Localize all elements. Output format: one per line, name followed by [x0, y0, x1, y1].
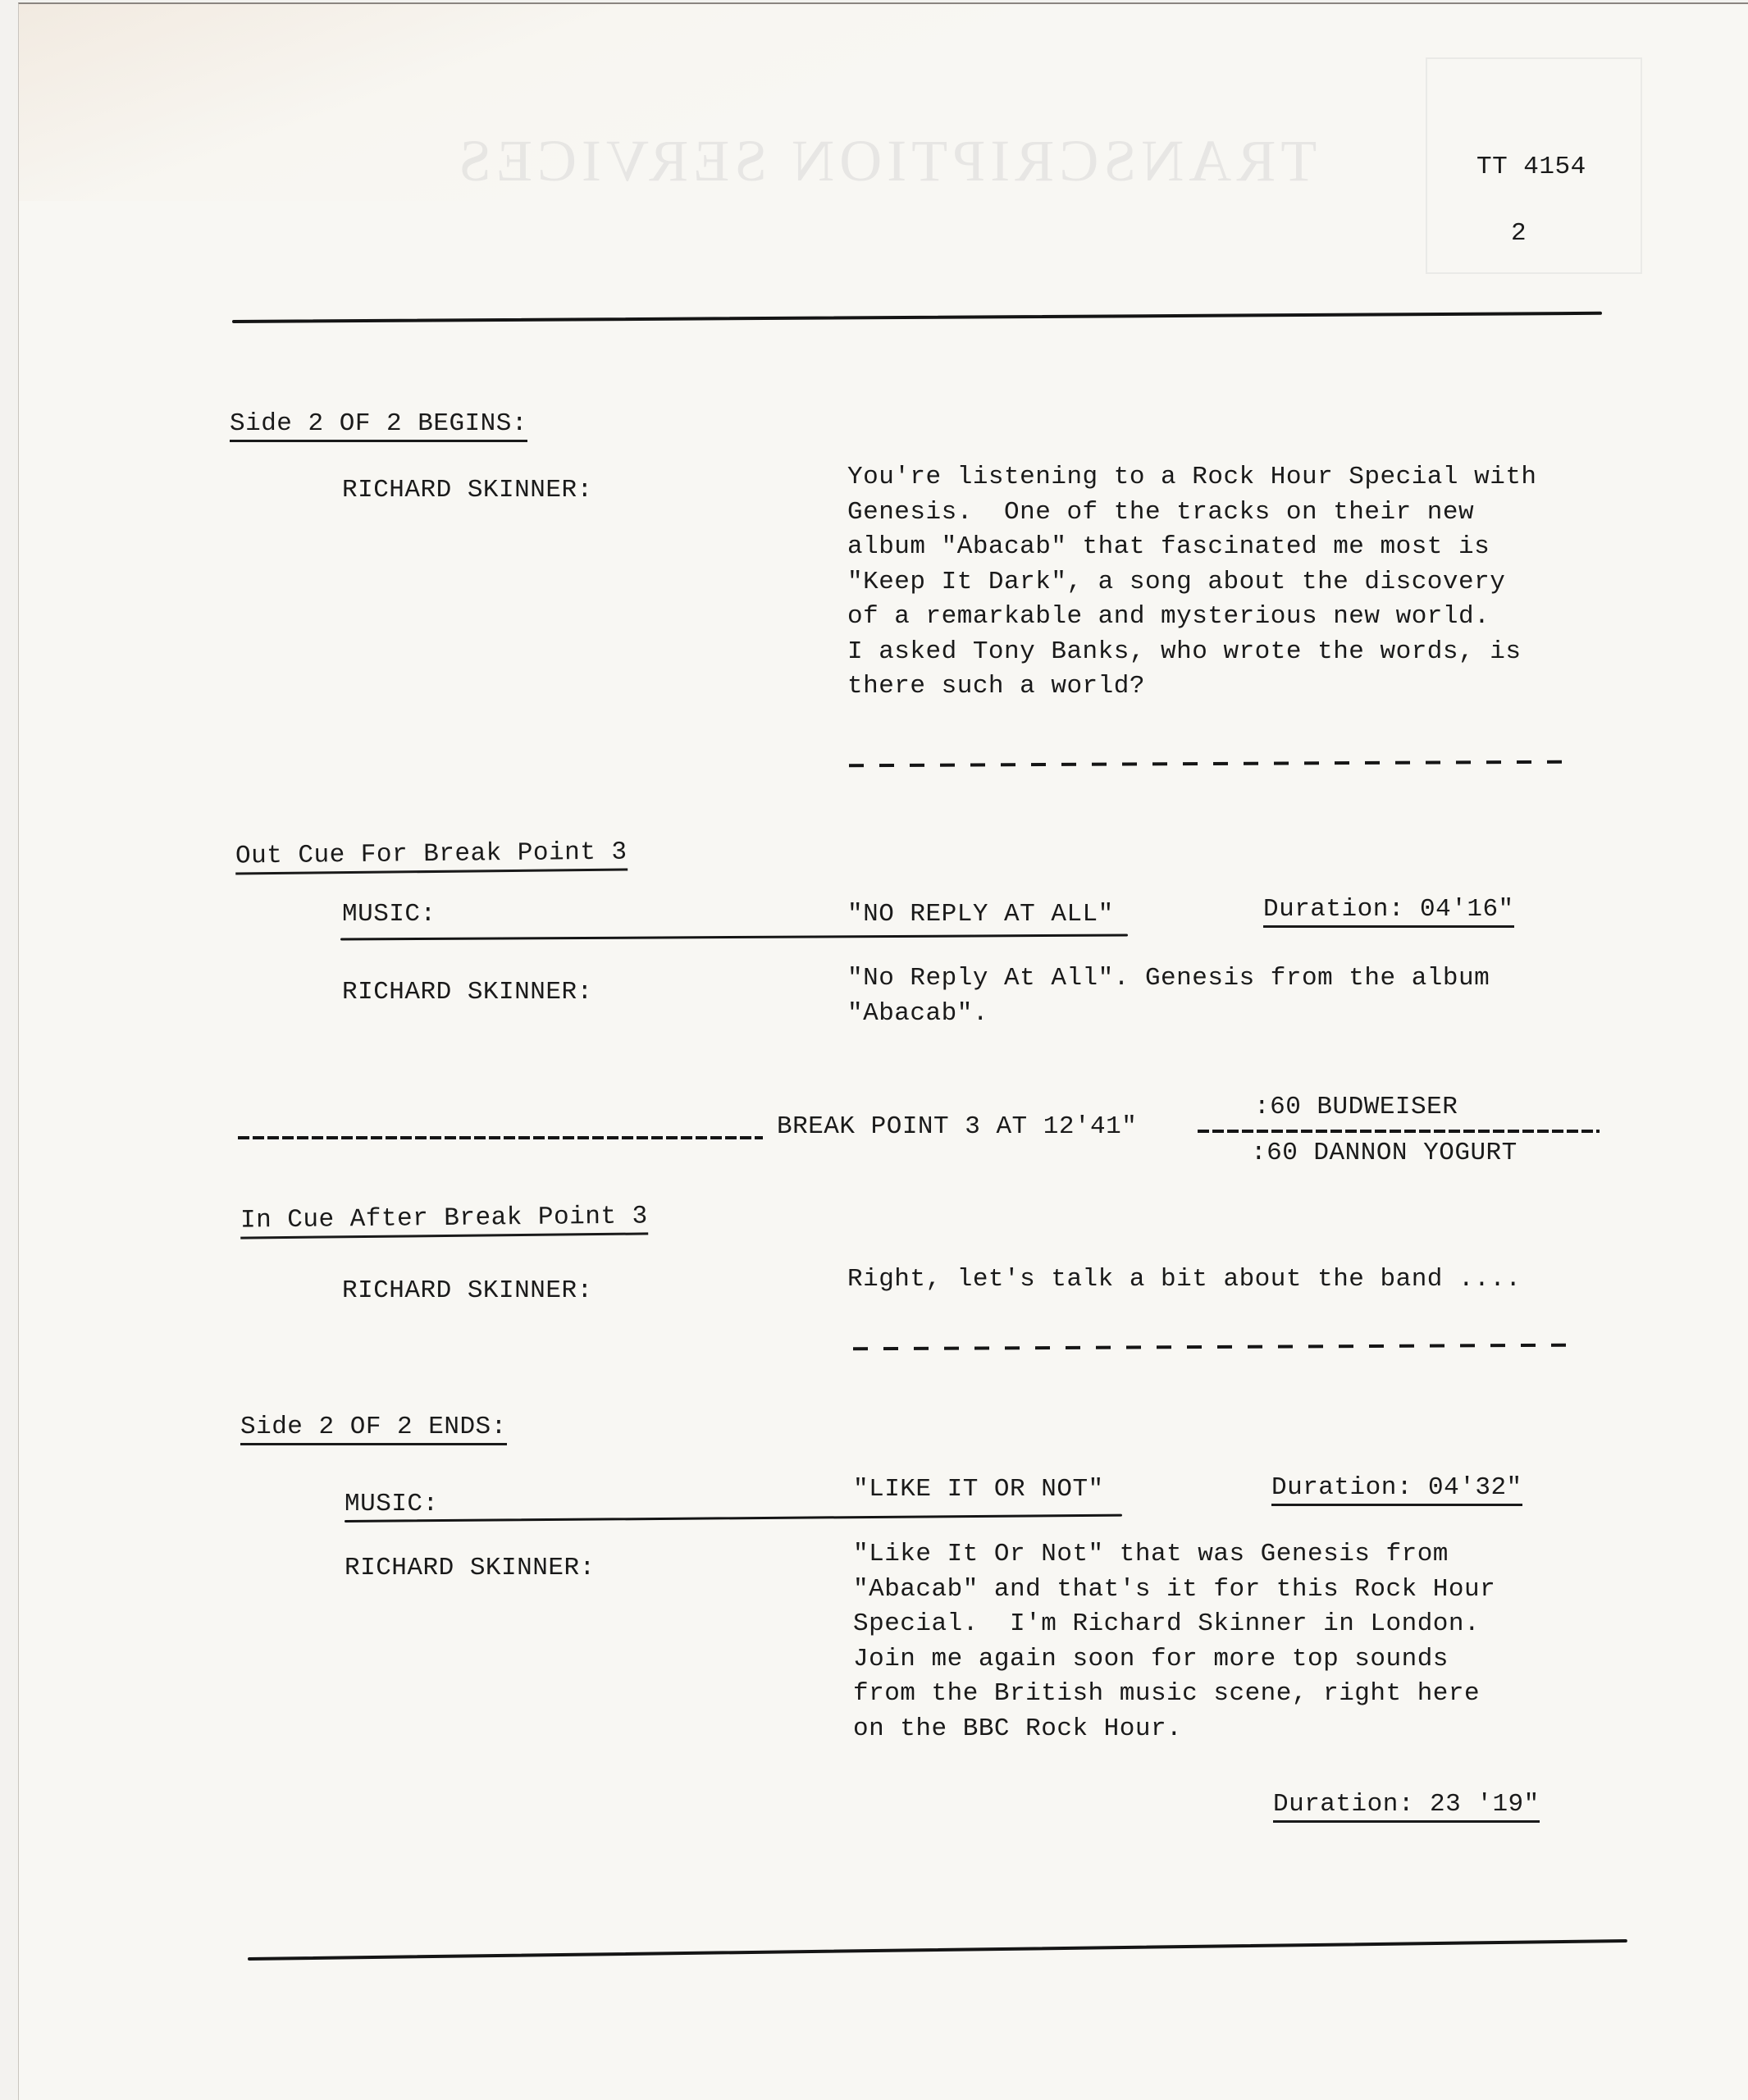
paragraph-line: Special. I'm Richard Skinner in London.: [853, 1607, 1495, 1642]
paragraph-line: there such a world?: [847, 669, 1537, 705]
out-cue-heading: Out Cue For Break Point 3: [235, 835, 628, 874]
track-duration: Duration: 04'32": [1271, 1470, 1522, 1505]
paragraph-line: Genesis. One of the tracks on their new: [847, 495, 1537, 531]
paper-crease: [19, 4, 1003, 201]
paragraph-line: album "Abacab" that fascinated me most i…: [847, 530, 1537, 565]
intro-paragraph: You're listening to a Rock Hour Special …: [847, 460, 1537, 705]
total-duration: Duration: 23 '19": [1273, 1787, 1540, 1822]
track-title: "LIKE IT OR NOT": [853, 1472, 1104, 1507]
paragraph-line: "Abacab".: [847, 997, 1490, 1032]
music-label: MUSIC:: [342, 897, 436, 932]
in-cue-text: Right, let's talk a bit about the band .…: [847, 1262, 1521, 1297]
side-begins-heading-text: Side 2 OF 2 BEGINS:: [230, 409, 527, 442]
reference-code: TT 4154: [1476, 149, 1586, 185]
paragraph-line: of a remarkable and mysterious new world…: [847, 600, 1537, 635]
paragraph-line: You're listening to a Rock Hour Special …: [847, 460, 1537, 495]
track-title: "NO REPLY AT ALL": [847, 897, 1114, 932]
paragraph-line: "No Reply At All". Genesis from the albu…: [847, 961, 1490, 997]
speaker-label: RICHARD SKINNER:: [342, 472, 593, 508]
paragraph-line: "Abacab" and that's it for this Rock Hou…: [853, 1573, 1495, 1608]
side-begins-heading: Side 2 OF 2 BEGINS:: [230, 406, 527, 441]
side-ends-heading: Side 2 OF 2 ENDS:: [240, 1409, 507, 1445]
break-dash-rule-left: [238, 1136, 763, 1139]
paragraph-line: "Keep It Dark", a song about the discove…: [847, 565, 1537, 600]
out-cue-paragraph: "No Reply At All". Genesis from the albu…: [847, 961, 1490, 1031]
track-duration: Duration: 04'16": [1263, 892, 1514, 927]
in-cue-heading-text: In Cue After Break Point 3: [240, 1202, 648, 1239]
speaker-label: RICHARD SKINNER:: [345, 1550, 596, 1586]
paragraph-line: Join me again soon for more top sounds: [853, 1642, 1495, 1678]
speaker-label: RICHARD SKINNER:: [342, 975, 593, 1010]
sponsor-item: :60 DANNON YOGURT: [1251, 1135, 1518, 1171]
in-cue-heading: In Cue After Break Point 3: [240, 1198, 648, 1238]
paragraph-line: from the British music scene, right here: [853, 1677, 1495, 1712]
break-point-label: BREAK POINT 3 AT 12'41": [777, 1109, 1137, 1144]
side-ends-heading-text: Side 2 OF 2 ENDS:: [240, 1413, 507, 1445]
closing-paragraph: "Like It Or Not" that was Genesis from"A…: [853, 1537, 1495, 1746]
page-number: 2: [1511, 216, 1527, 251]
track-duration-text: Duration: 04'16": [1263, 895, 1514, 928]
paragraph-line: on the BBC Rock Hour.: [853, 1712, 1495, 1747]
out-cue-heading-text: Out Cue For Break Point 3: [235, 838, 628, 875]
paragraph-line: "Like It Or Not" that was Genesis from: [853, 1537, 1495, 1573]
paragraph-line: I asked Tony Banks, who wrote the words,…: [847, 635, 1537, 670]
break-dash-rule-right: [1198, 1130, 1600, 1133]
speaker-label: RICHARD SKINNER:: [342, 1273, 593, 1308]
track-duration-text: Duration: 04'32": [1271, 1473, 1522, 1506]
music-label: MUSIC:: [345, 1486, 439, 1522]
sponsor-item: :60 BUDWEISER: [1251, 1089, 1461, 1125]
letterhead-bleedthrough: TRANSCRIPTION SERVICES: [454, 127, 1317, 195]
total-duration-text: Duration: 23 '19": [1273, 1790, 1540, 1823]
